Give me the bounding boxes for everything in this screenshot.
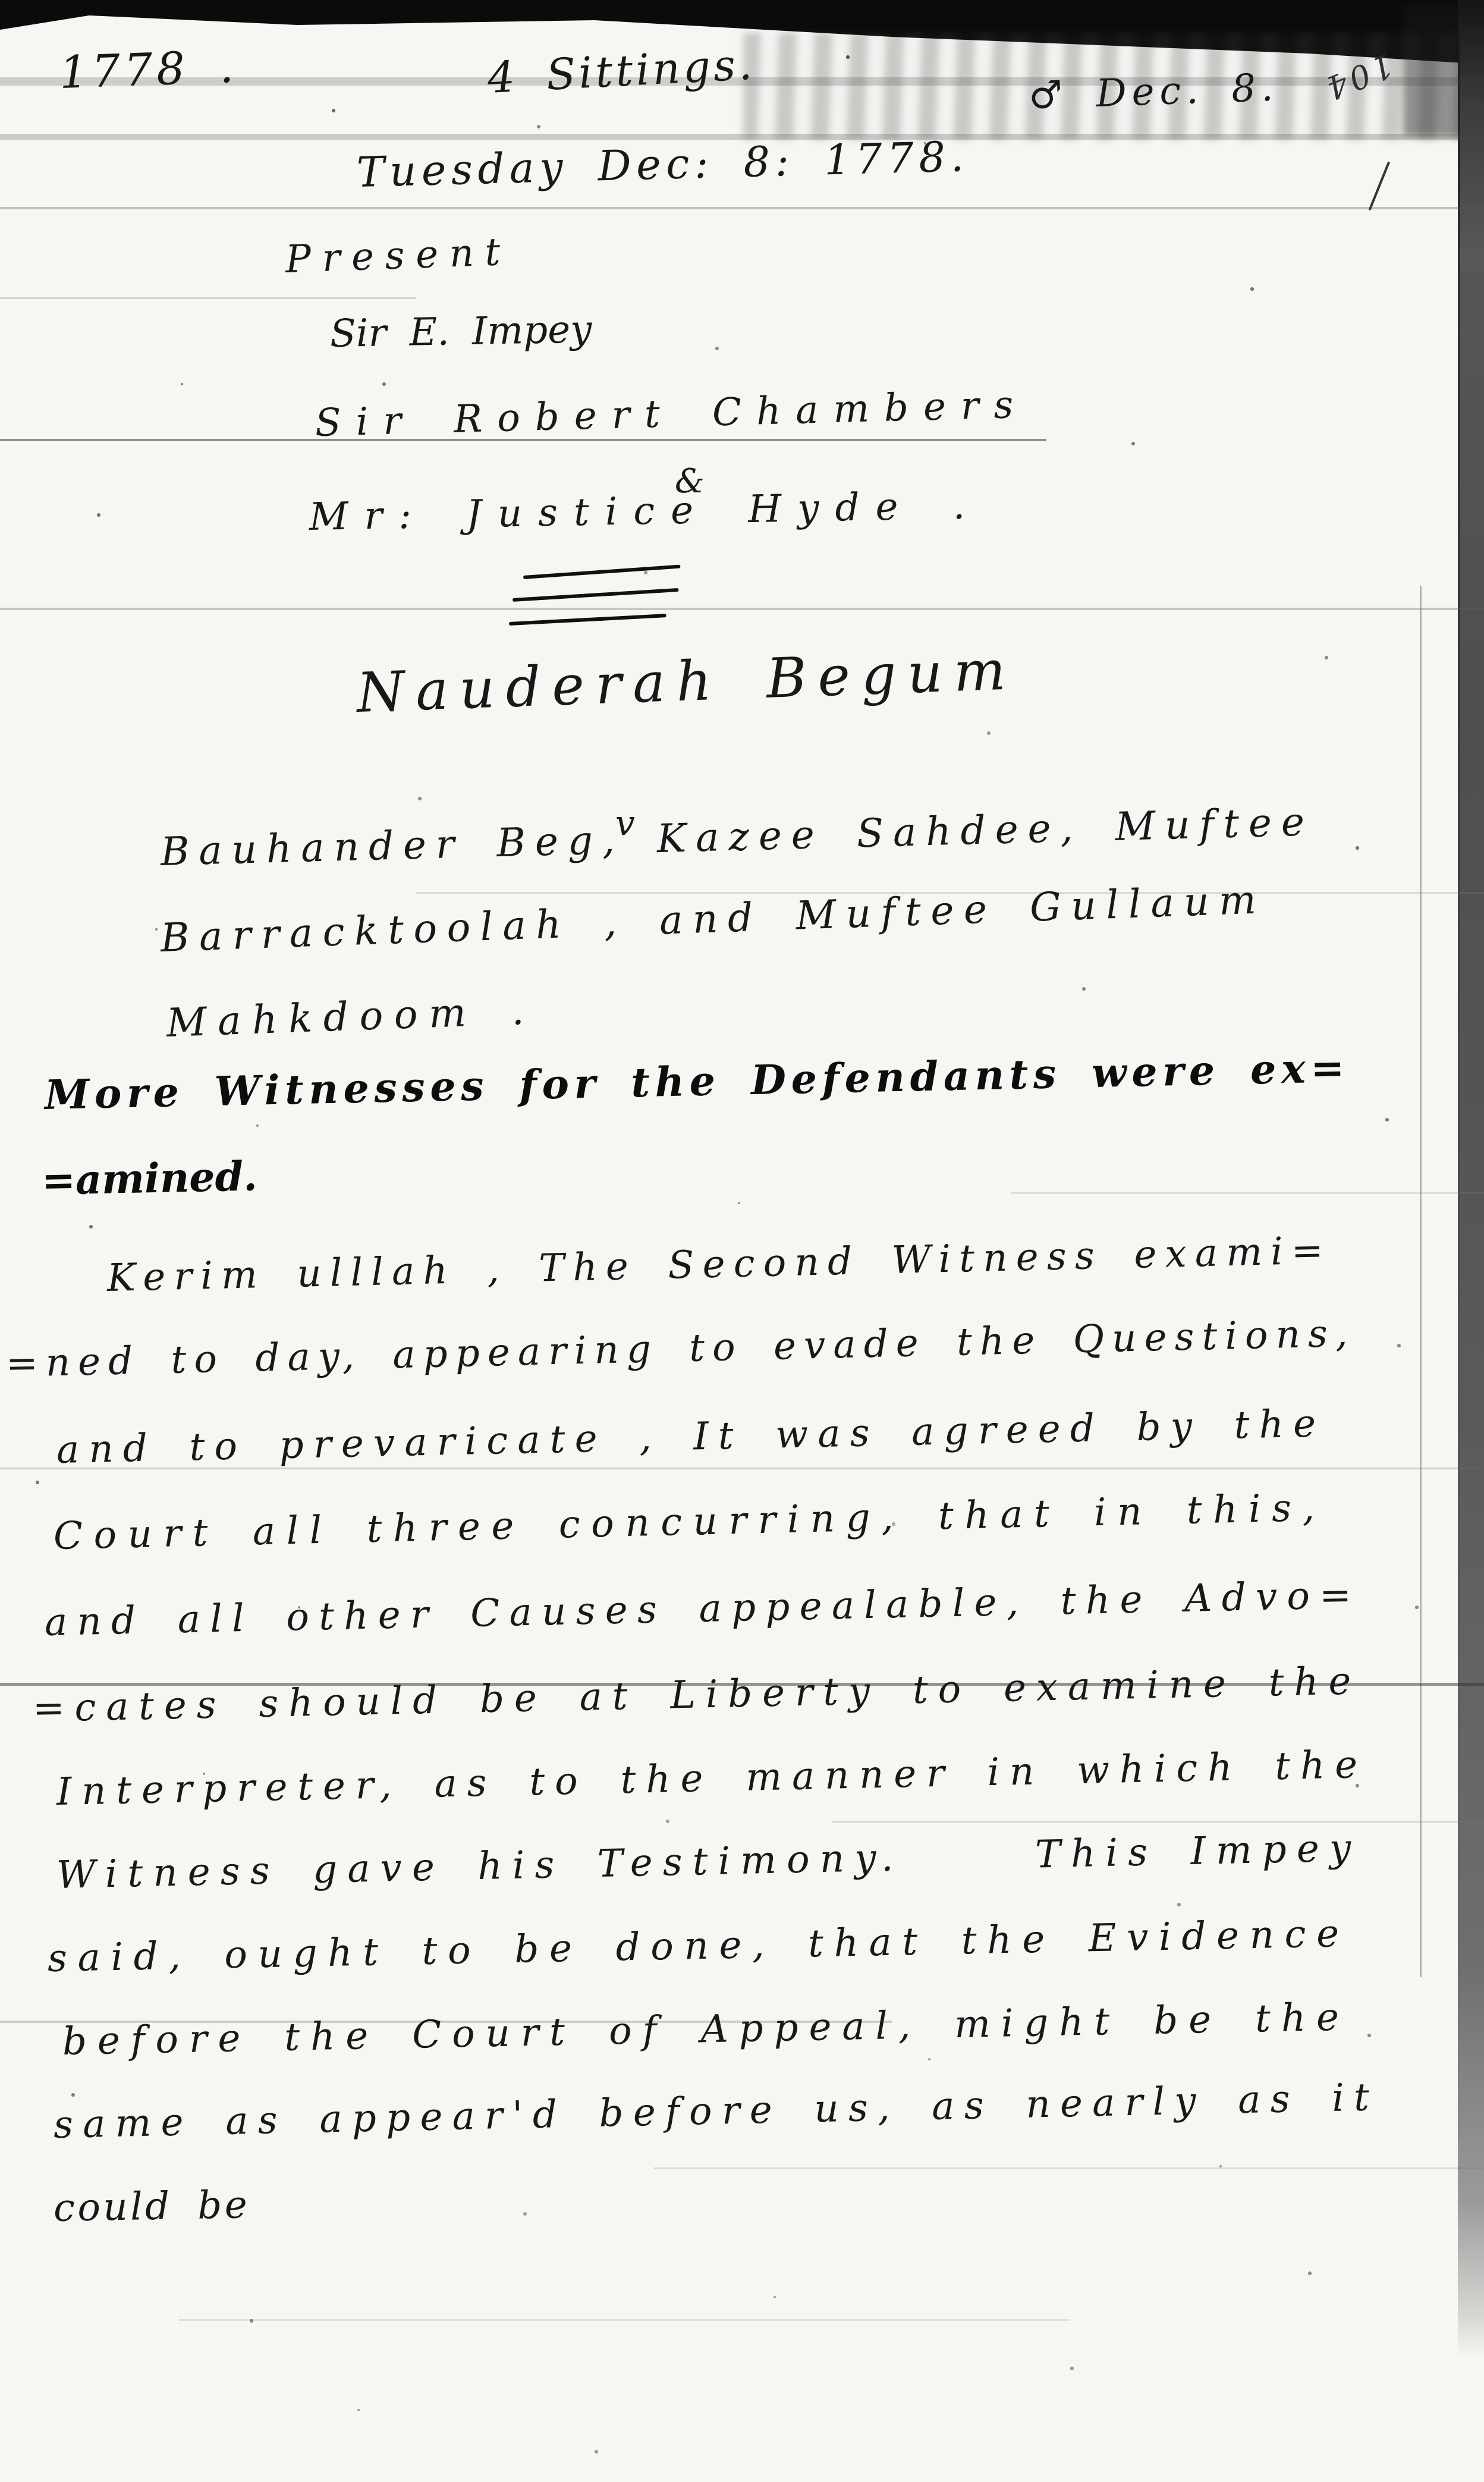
present-label: Present bbox=[285, 233, 512, 279]
underline-flourish bbox=[513, 588, 679, 602]
scan-line bbox=[654, 2167, 1484, 2169]
right-edge-dark-line bbox=[1458, 0, 1460, 2141]
record-line: Kerim ulllah , The Second Witness exami= bbox=[106, 1231, 1332, 1297]
record-line: Court all three concurring, that in this… bbox=[53, 1488, 1326, 1556]
scan-line bbox=[0, 608, 1484, 610]
stray-ink-slash bbox=[1369, 161, 1391, 211]
judge-name-chambers: Sir Robert Chambers bbox=[315, 386, 1029, 442]
record-line: Witness gave his Testimony. This Impey bbox=[56, 1829, 1362, 1895]
sittings-count-label: 4 Sittings. bbox=[486, 42, 756, 99]
judge-name-hyde: Mr: Justice Hyde . bbox=[309, 486, 981, 536]
scan-line bbox=[1011, 1192, 1484, 1194]
right-edge-scan-band bbox=[1458, 0, 1484, 2355]
scan-line bbox=[178, 2319, 1070, 2321]
scan-line bbox=[0, 207, 1484, 209]
year-label: 1778 . bbox=[59, 45, 238, 95]
scan-line bbox=[0, 297, 416, 299]
defendant-names-line: Bauhander Beg, Kazee Sahdee, Muftee bbox=[160, 802, 1314, 872]
entry-heading-line: More Witnesses for the Defendants were e… bbox=[44, 1048, 1350, 1116]
ink-specks bbox=[0, 0, 1, 1]
record-line: and to prevaricate , It was agreed by th… bbox=[56, 1405, 1325, 1469]
record-line: said, ought to be done, that the Evidenc… bbox=[47, 1915, 1350, 1978]
plaintiff-name: Nauderah Begum bbox=[356, 643, 1017, 721]
record-line: could be bbox=[53, 2186, 250, 2227]
record-line: =cates should be at Liberty to examine t… bbox=[32, 1662, 1361, 1728]
day-date-label: ♂ Dec. 8. bbox=[1028, 68, 1279, 115]
manuscript-page: 1778 . 4 Sittings. ♂ Dec. 8. 104 Tuesday… bbox=[0, 0, 1484, 2482]
record-line: before the Court of Appeal, might be the bbox=[62, 1998, 1350, 2061]
underline-flourish bbox=[509, 614, 666, 626]
record-line: and all other Causes appealable, the Adv… bbox=[44, 1576, 1361, 1642]
scan-line bbox=[832, 1821, 1484, 1823]
record-line: Interpreter, as to the manner in which t… bbox=[56, 1746, 1367, 1811]
entry-heading-line: =amined. bbox=[41, 1156, 257, 1201]
record-line: =ned to day, appearing to evade the Ques… bbox=[5, 1315, 1356, 1383]
date-heading: Tuesday Dec: 8: 1778. bbox=[356, 136, 969, 193]
defendant-names-line: Mahkdoom . bbox=[166, 991, 536, 1043]
record-line: same as appear'd before us, as nearly as… bbox=[53, 2078, 1379, 2144]
judge-name-impey: Sir E. Impey bbox=[329, 310, 592, 353]
underline-flourish bbox=[523, 565, 681, 579]
page-crease-line bbox=[1420, 586, 1422, 1977]
